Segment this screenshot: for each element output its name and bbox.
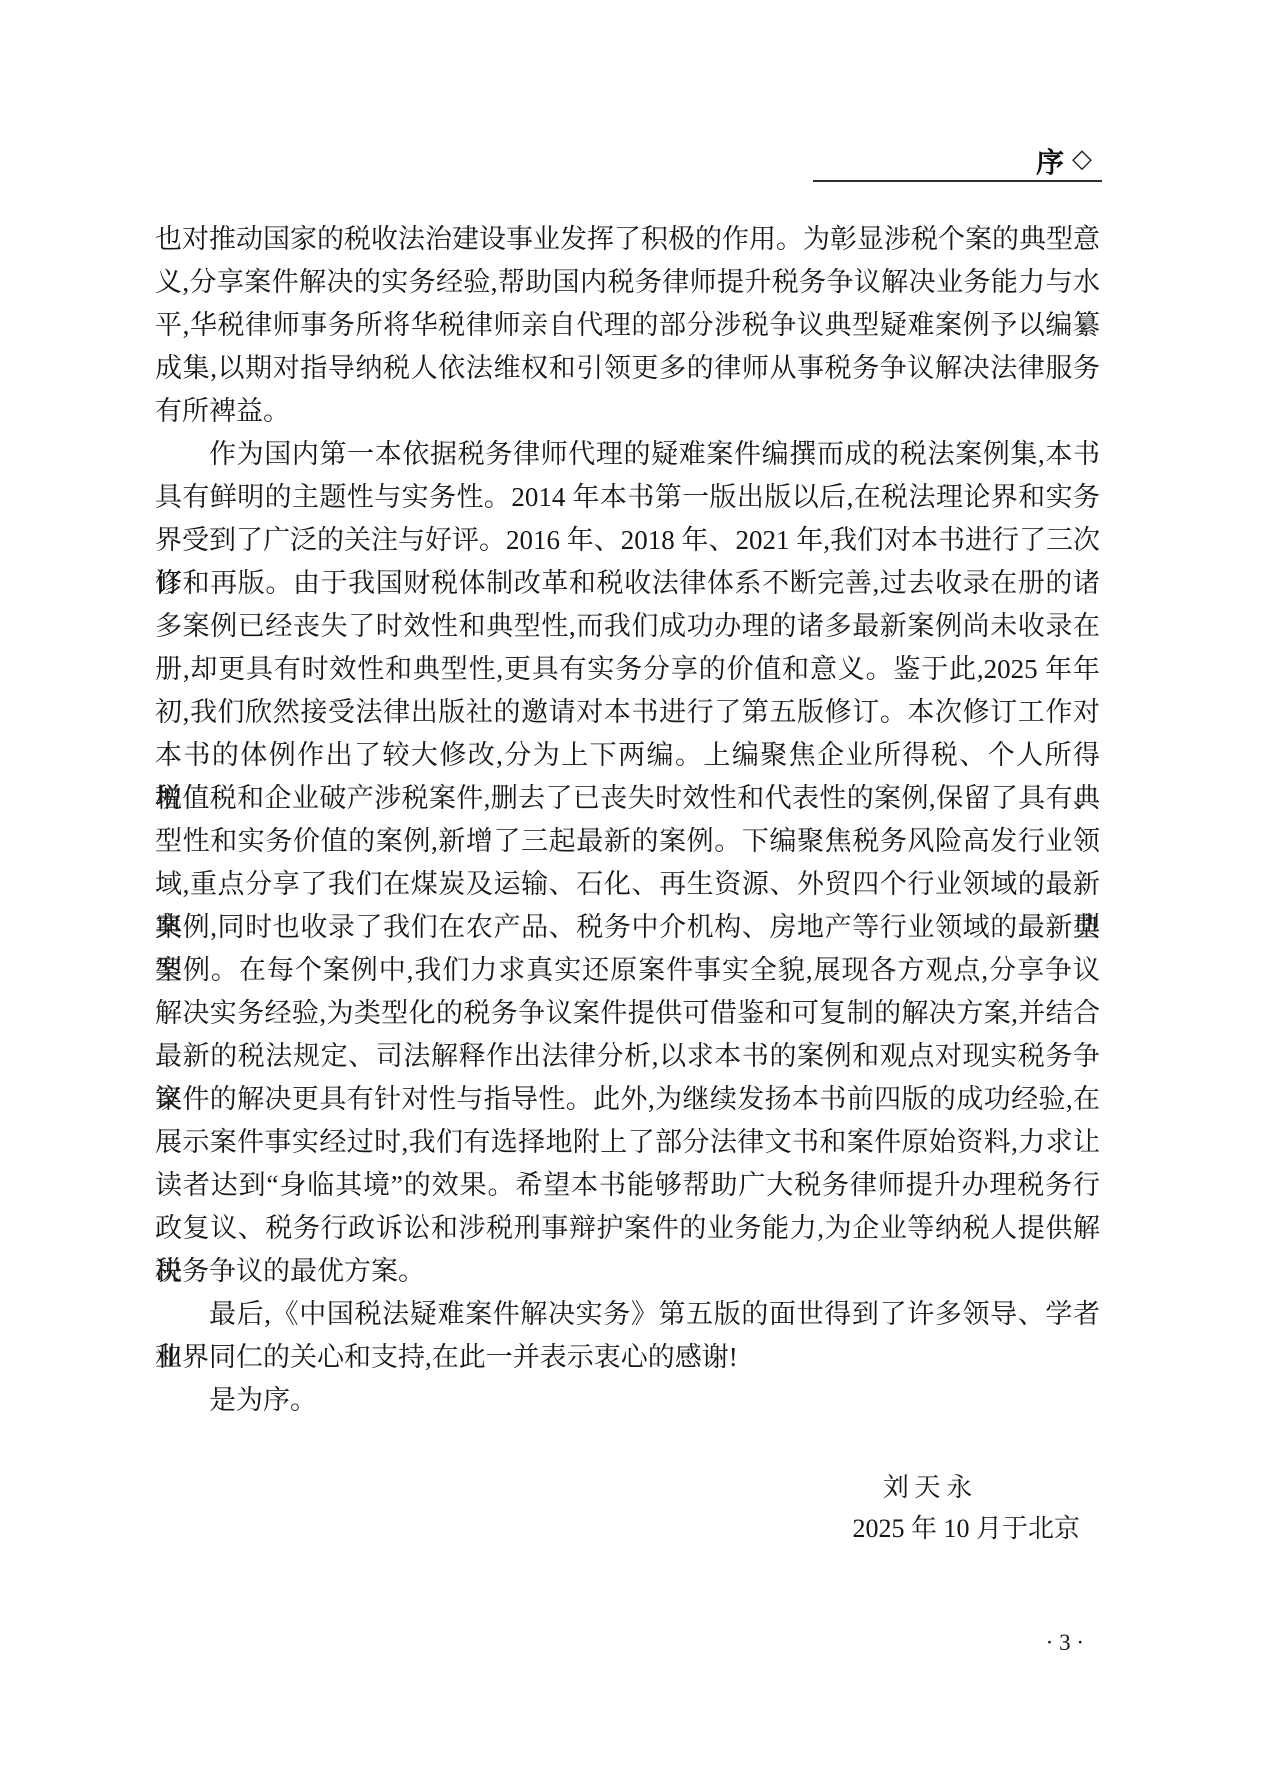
signature-date: 2025 年 10 月于北京 [155, 1508, 1100, 1549]
text-line: 初,我们欣然接受法律出版社的邀请对本书进行了第五版修订。本次修订工作对 [155, 691, 1100, 734]
text-line: 税务争议的最优方案。 [155, 1250, 1100, 1293]
text-line: 具有鲜明的主题性与实务性。2014 年本书第一版出版以后,在税法理论界和实务 [155, 476, 1100, 519]
text-line: 增值税和企业破产涉税案件,删去了已丧失时效性和代表性的案例,保留了具有典 [155, 777, 1100, 820]
text-line: 作为国内第一本依据税务律师代理的疑难案件编撰而成的税法案例集,本书 [155, 433, 1100, 476]
text-line: 最后,《中国税法疑难案件解决实务》第五版的面世得到了许多领导、学者和 [155, 1293, 1100, 1336]
text-line: 业界同仁的关心和支持,在此一并表示衷心的感谢! [155, 1336, 1100, 1379]
text-line: 平,华税律师事务所将华税律师亲自代理的部分涉税争议典型疑难案例予以编纂 [155, 304, 1100, 347]
text-line: 册,却更具有时效性和典型性,更具有实务分享的价值和意义。鉴于此,2025 年年 [155, 648, 1100, 691]
text-line: 是为序。 [155, 1379, 1100, 1422]
text-line: 本书的体例作出了较大修改,分为上下两编。上编聚焦企业所得税、个人所得税、 [155, 734, 1100, 777]
preface-body: 也对推动国家的税收法治建设事业发挥了积极的作用。为彰显涉税个案的典型意义,分享案… [155, 218, 1100, 1422]
author-name: 刘天永 [155, 1467, 1100, 1508]
text-line: 型性和实务价值的案例,新增了三起最新的案例。下编聚焦税务风险高发行业领 [155, 820, 1100, 863]
text-line: 订和再版。由于我国财税体制改革和税收法律体系不断完善,过去收录在册的诸 [155, 562, 1100, 605]
text-line: 读者达到“身临其境”的效果。希望本书能够帮助广大税务律师提升办理税务行 [155, 1164, 1100, 1207]
text-line: 义,分享案件解决的实务经验,帮助国内税务律师提升税务争议解决业务能力与水 [155, 261, 1100, 304]
text-line: 展示案件事实经过时,我们有选择地附上了部分法律文书和案件原始资料,力求让 [155, 1121, 1100, 1164]
text-line: 有所裨益。 [155, 390, 1100, 433]
page-number: · 3 · [155, 1630, 1100, 1656]
text-line: 案例,同时也收录了我们在农产品、税务中介机构、房地产等行业领域的最新典型 [155, 906, 1100, 949]
text-line: 解决实务经验,为类型化的税务争议案件提供可借鉴和可复制的解决方案,并结合 [155, 992, 1100, 1035]
text-line: 案件的解决更具有针对性与指导性。此外,为继续发扬本书前四版的成功经验,在 [155, 1078, 1100, 1121]
page-title: 序 [1036, 141, 1064, 181]
text-line: 成集,以期对指导纳税人依法维权和引领更多的律师从事税务争议解决法律服务 [155, 347, 1100, 390]
text-line: 界受到了广泛的关注与好评。2016 年、2018 年、2021 年,我们对本书进… [155, 519, 1100, 562]
diamond-icon: ◇ [1072, 144, 1092, 174]
preface-page: 序 ◇ 也对推动国家的税收法治建设事业发挥了积极的作用。为彰显涉税个案的典型意义… [0, 0, 1267, 1771]
text-line: 政复议、税务行政诉讼和涉税刑事辩护案件的业务能力,为企业等纳税人提供解决 [155, 1207, 1100, 1250]
signature-block: 刘天永 2025 年 10 月于北京 [155, 1467, 1100, 1549]
text-line: 域,重点分享了我们在煤炭及运输、石化、再生资源、外贸四个行业领域的最新典型 [155, 863, 1100, 906]
text-line: 多案例已经丧失了时效性和典型性,而我们成功办理的诸多最新案例尚未收录在 [155, 605, 1100, 648]
text-line: 案例。在每个案例中,我们力求真实还原案件事实全貌,展现各方观点,分享争议 [155, 949, 1100, 992]
text-line: 也对推动国家的税收法治建设事业发挥了积极的作用。为彰显涉税个案的典型意 [155, 218, 1100, 261]
text-line: 最新的税法规定、司法解释作出法律分析,以求本书的案例和观点对现实税务争议 [155, 1035, 1100, 1078]
